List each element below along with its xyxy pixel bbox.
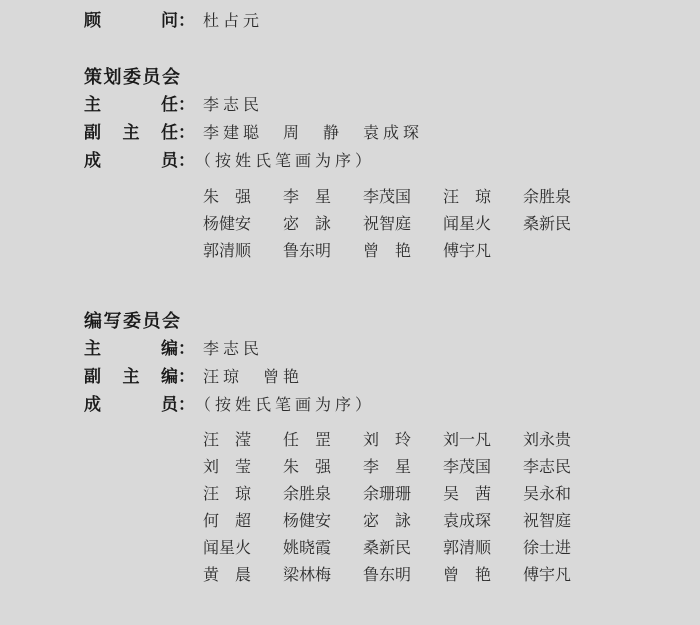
member-row: 刘 莹朱 强李 星李茂国李志民	[203, 453, 700, 480]
member-name: 徐士进	[523, 534, 579, 561]
member-name: 汪 滢	[203, 426, 259, 453]
member-row: 杨健安宓 詠祝智庭闻星火桑新民	[203, 210, 700, 237]
member-name: 李茂国	[363, 183, 419, 210]
member-name: 祝智庭	[363, 210, 419, 237]
member-name: 梁林梅	[283, 561, 339, 588]
member-name: 刘 玲	[363, 426, 419, 453]
member-name: 李 星	[283, 183, 339, 210]
role-label-members: 成员	[84, 391, 178, 419]
member-row: 汪 琼余胜泉余珊珊吴 茜吴永和	[203, 480, 700, 507]
member-name: 桑新民	[523, 210, 579, 237]
member-name: 郭清顺	[203, 237, 259, 264]
director-name: 李志民	[203, 95, 263, 114]
role-colon: ：	[178, 367, 195, 386]
role-row-members: 成员：（按姓氏笔画为序）	[84, 391, 700, 419]
member-name: 傅宇凡	[443, 237, 499, 264]
deputy-editor-names: 汪琼 曾艳	[203, 367, 303, 386]
member-row: 朱 强李 星李茂国汪 琼余胜泉	[203, 183, 700, 210]
member-name: 刘一凡	[443, 426, 499, 453]
member-row: 何 超杨健安宓 詠袁成琛祝智庭	[203, 507, 700, 534]
member-row: 黄 晨梁林梅鲁东明曾 艳傅宇凡	[203, 561, 700, 588]
role-label-deputy-director: 副主任	[84, 119, 178, 147]
member-name: 姚晓霞	[283, 534, 339, 561]
editorial-members-grid: 汪 滢任 罡刘 玲刘一凡刘永贵 刘 莹朱 强李 星李茂国李志民 汪 琼余胜泉余珊…	[203, 426, 700, 588]
role-label-chief-editor: 主编	[84, 335, 178, 363]
member-row: 郭清顺鲁东明曾 艳傅宇凡	[203, 237, 700, 264]
member-name: 祝智庭	[523, 507, 579, 534]
advisor-row: 顾问：杜占元	[84, 7, 700, 35]
member-name: 袁成琛	[443, 507, 499, 534]
member-name: 刘 莹	[203, 453, 259, 480]
member-name: 鲁东明	[283, 237, 339, 264]
planning-members-grid: 朱 强李 星李茂国汪 琼余胜泉 杨健安宓 詠祝智庭闻星火桑新民 郭清顺鲁东明曾 …	[203, 183, 700, 264]
members-sort-note: （按姓氏笔画为序）	[203, 395, 375, 414]
member-name: 朱 强	[283, 453, 339, 480]
member-name: 朱 强	[203, 183, 259, 210]
role-row-deputy-editor: 副主编：汪琼 曾艳	[84, 363, 700, 391]
member-row: 汪 滢任 罡刘 玲刘一凡刘永贵	[203, 426, 700, 453]
role-label-deputy-editor: 副主编	[84, 363, 178, 391]
member-name: 李 星	[363, 453, 419, 480]
editorial-committee-heading: 编写委员会	[84, 307, 700, 335]
role-label-director: 主任	[84, 91, 178, 119]
member-row: 闻星火姚晓霞桑新民郭清顺徐士进	[203, 534, 700, 561]
member-name: 任 罡	[283, 426, 339, 453]
role-label-members: 成员	[84, 147, 178, 175]
member-name: 何 超	[203, 507, 259, 534]
role-colon: ：	[178, 123, 195, 142]
role-row-chief-editor: 主编：李志民	[84, 335, 700, 363]
member-name: 杨健安	[203, 210, 259, 237]
member-name: 刘永贵	[523, 426, 579, 453]
role-row-deputy-director: 副主任：李建聪 周 静 袁成琛	[84, 119, 700, 147]
member-name: 吴 茜	[443, 480, 499, 507]
member-name: 宓 詠	[363, 507, 419, 534]
section-planning-committee: 策划委员会 主任：李志民 副主任：李建聪 周 静 袁成琛 成员：（按姓氏笔画为序…	[84, 63, 700, 264]
member-name: 汪 琼	[203, 480, 259, 507]
member-name: 郭清顺	[443, 534, 499, 561]
role-colon: ：	[178, 11, 195, 30]
member-name: 李茂国	[443, 453, 499, 480]
member-name: 吴永和	[523, 480, 579, 507]
member-name: 闻星火	[203, 534, 259, 561]
member-name: 曾 艳	[363, 237, 419, 264]
role-colon: ：	[178, 339, 195, 358]
member-name: 桑新民	[363, 534, 419, 561]
member-name: 汪 琼	[443, 183, 499, 210]
member-name: 宓 詠	[283, 210, 339, 237]
member-name: 闻星火	[443, 210, 499, 237]
member-name: 余珊珊	[363, 480, 419, 507]
member-name: 李志民	[523, 453, 579, 480]
member-name: 余胜泉	[283, 480, 339, 507]
role-colon: ：	[178, 95, 195, 114]
planning-committee-heading: 策划委员会	[84, 63, 700, 91]
section-editorial-committee: 编写委员会 主编：李志民 副主编：汪琼 曾艳 成员：（按姓氏笔画为序） 汪 滢任…	[84, 307, 700, 588]
advisor-name: 杜占元	[203, 11, 263, 30]
role-row-members: 成员：（按姓氏笔画为序）	[84, 147, 700, 175]
member-name: 傅宇凡	[523, 561, 579, 588]
role-colon: ：	[178, 395, 195, 414]
role-label-advisor: 顾问	[84, 7, 178, 35]
role-row-director: 主任：李志民	[84, 91, 700, 119]
role-colon: ：	[178, 151, 195, 170]
members-sort-note: （按姓氏笔画为序）	[203, 151, 375, 170]
member-name: 鲁东明	[363, 561, 419, 588]
member-name: 杨健安	[283, 507, 339, 534]
member-name: 黄 晨	[203, 561, 259, 588]
chief-editor-name: 李志民	[203, 339, 263, 358]
member-name: 余胜泉	[523, 183, 579, 210]
member-name: 曾 艳	[443, 561, 499, 588]
credits-page: 顾问：杜占元 策划委员会 主任：李志民 副主任：李建聪 周 静 袁成琛 成员：（…	[0, 0, 700, 625]
deputy-director-names: 李建聪 周 静 袁成琛	[203, 123, 423, 142]
